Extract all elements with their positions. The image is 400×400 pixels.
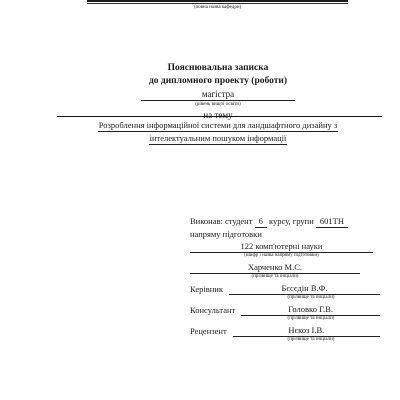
supervisor-name-caption: (прізвище та ініціали) bbox=[252, 295, 370, 301]
author-line-2: напряму підготовки bbox=[190, 228, 380, 240]
document-page: (повна назва кафедри) Пояснювальна запис… bbox=[0, 0, 400, 400]
consultant-name-line: Головко Г.В. bbox=[241, 304, 380, 316]
signatory-row-reviewer: Рецензент Нєкоз І.В. bbox=[190, 325, 380, 337]
title-line-1: Пояснювальна записка bbox=[36, 62, 400, 75]
consultant-role-label: Консультант bbox=[190, 304, 241, 316]
theme-line-2-text: інтелектуальним пошуком інформації bbox=[149, 132, 288, 145]
specialty-line: 122 комп'ютерні науки bbox=[190, 241, 373, 253]
signatory-row-consultant: Консультант Головко Г.В. bbox=[190, 304, 380, 316]
group-value: 601ТН bbox=[316, 215, 348, 228]
department-name-cutoff-line bbox=[87, 0, 348, 2]
degree-underline: магістра bbox=[141, 89, 295, 101]
department-caption: (повна назва кафедри) bbox=[87, 4, 348, 11]
degree-value: магістра bbox=[141, 89, 295, 100]
theme-block: Розроблення інформаційної системи для ла… bbox=[36, 119, 400, 145]
theme-line-1: Розроблення інформаційної системи для ла… bbox=[36, 119, 400, 132]
performed-prefix: Виконав: студент bbox=[190, 216, 252, 226]
supervisor-name-line: Бєсєдін В.Ф. bbox=[229, 283, 380, 295]
supervisor-role-label: Керівник bbox=[190, 283, 229, 295]
reviewer-name-line: Нєкоз І.В. bbox=[233, 325, 380, 337]
title-block: Пояснювальна записка до дипломного проек… bbox=[36, 62, 400, 121]
signatory-row-supervisor: Керівник Бєсєдін В.Ф. bbox=[190, 283, 380, 295]
course-value: 6 bbox=[255, 215, 267, 228]
author-column: Виконав: студент 6 курсу, групи 601ТН на… bbox=[190, 215, 380, 343]
specialty-caption: (шифр і назва напряму підготовки) bbox=[190, 253, 373, 259]
author-line-1: Виконав: студент 6 курсу, групи 601ТН bbox=[190, 215, 380, 228]
title-line-2: до дипломного проекту (роботи) bbox=[36, 75, 400, 88]
student-name-caption: (прізвище та ініціали) bbox=[190, 274, 360, 280]
student-name-line: Харченко М.С. bbox=[190, 262, 360, 274]
theme-line-1-text: Розроблення інформаційної системи для ла… bbox=[98, 119, 338, 132]
group-label: курсу, групи bbox=[269, 216, 314, 226]
consultant-name-caption: (прізвище та ініціали) bbox=[252, 316, 370, 322]
theme-line-2: інтелектуальним пошуком інформації bbox=[36, 132, 400, 145]
separator-rule bbox=[57, 116, 382, 117]
reviewer-role-label: Рецензент bbox=[190, 325, 233, 337]
reviewer-name-caption: (прізвище та ініціали) bbox=[252, 337, 370, 343]
degree-caption: (рівень вищої освіти) bbox=[36, 101, 400, 108]
